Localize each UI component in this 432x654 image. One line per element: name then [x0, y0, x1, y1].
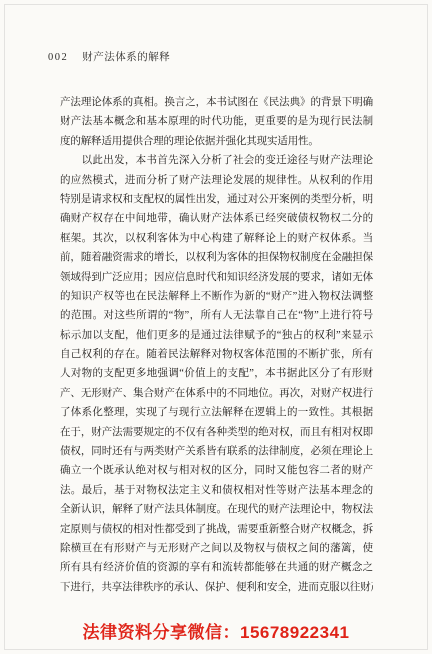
body-text-line: 所有具有经济价值的资源的享有和流转都能够在共通的财产概念之	[60, 558, 373, 577]
promo-watermark-text: 法律资料分享微信：15678922341	[0, 619, 432, 647]
body-text-line: 以此出发，本书首先深入分析了社会的变迁途径与财产法理论	[60, 151, 373, 170]
body-text-line: 法。最后，基于对物权法定主义和债权相对性等财产法基本理念的	[60, 481, 373, 500]
body-text-line: 债权，同时还有与两类财产关系皆有联系的法律制度，必须在理论上	[60, 442, 373, 461]
body-text-line: 前，随着融资需求的增长，以权利为客体的担保物权制度在金融担保	[60, 248, 373, 267]
body-text-line: 的范围。对这些所谓的“物”，所有人无法靠自己在“物”上进行符号	[60, 306, 373, 325]
running-header: 002财产法体系的解释	[48, 49, 170, 64]
body-text-line: 确立一个既承认绝对权与相对权的区分，同时又能包容二者的财产	[60, 461, 373, 480]
body-text-line: 确财产权存在中间地带，确认财产法体系已经突破债权物权二分的	[60, 209, 373, 228]
book-title: 财产法体系的解释	[82, 52, 170, 63]
body-text-block: 产法理论体系的真相。换言之，本书试图在《民法典》的背景下明确财产法基本概念和基本…	[60, 93, 373, 597]
body-text-line: 了体系化整理，实现了与现行立法解释在逻辑上的一致性。其根据	[60, 403, 373, 422]
body-text-line: 框架。其次，以权利客体为中心构建了解释论上的财产权体系。当	[60, 229, 373, 248]
body-text-line: 标示加以支配，他们更多的是通过法律赋予的“独占的权利”来显示	[60, 326, 373, 345]
body-text-line: 产法理论体系的真相。换言之，本书试图在《民法典》的背景下明确	[60, 93, 373, 112]
body-text-line: 特别是请求权和支配权的属性出发，通过对公开案例的类型分析，明	[60, 190, 373, 209]
page-number: 002	[48, 52, 68, 63]
body-text-line: 的知识产权等也在民法解释上不断作为新的“财产”进入物权法调整	[60, 287, 373, 306]
body-text-line: 的应然模式，进而分析了财产法理论发展的规律性。从权利的作用	[60, 171, 373, 190]
body-text-line: 下进行，共享法律秩序的承认、保护、便利和安全，进而克服以往财产	[60, 578, 373, 597]
body-text-line: 产、无形财产、集合财产在体系中的不同地位。再次，对财产权进行	[60, 384, 373, 403]
body-text-line: 度的解释适用提供合理的理论依据并强化其现实适用性。	[60, 132, 373, 151]
body-text-line: 自己权利的存在。随着民法解释对物权客体范围的不断扩张，所有	[60, 345, 373, 364]
body-text-line: 人对物的支配更多地强调“价值上的支配”，本书据此区分了有形财	[60, 364, 373, 383]
body-text-line: 定原则与债权的相对性都受到了挑战，需要重新整合财产权概念，拆	[60, 520, 373, 539]
body-text-line: 财产法基本概念和基本原理的时代功能，更重要的是为现行民法制	[60, 112, 373, 131]
body-text-line: 领域得到广泛应用；因应信息时代和知识经济发展的要求，诸如无体	[60, 268, 373, 287]
body-text-line: 除横亘在有形财产与无形财产之间以及物权与债权之间的藩篱，使	[60, 539, 373, 558]
body-text-line: 在于，财产法需要规定的不仅有各种类型的绝对权，而且有相对权即	[60, 423, 373, 442]
body-text-line: 全新认识，解释了财产法具体制度。在现代的财产法理论中，物权法	[60, 500, 373, 519]
